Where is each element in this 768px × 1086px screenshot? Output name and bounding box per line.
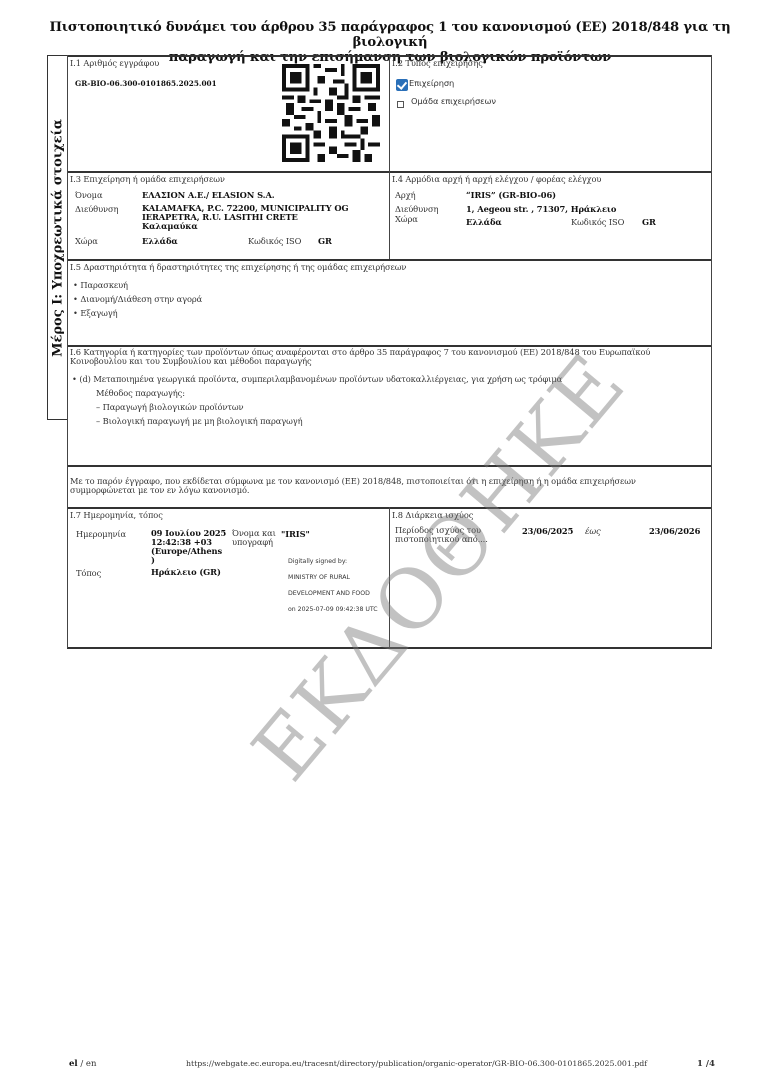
- field-label: Διεύθυνση: [75, 204, 118, 214]
- method-item: – Βιολογική παραγωγή με μη βιολογική παρ…: [96, 416, 303, 426]
- section-heading: I.4 Αρμόδια αρχή ή αρχή ελέγχου / φορέας…: [392, 174, 601, 184]
- method-item: – Παραγωγή βιολογικών προϊόντων: [96, 402, 243, 412]
- field-label: Χώρα: [75, 236, 98, 246]
- place-value: Ηράκλειο (GR): [151, 567, 221, 577]
- issue-date: 09 Ιουλίου 2025 12:42:38 +03 (Europe/Ath…: [151, 529, 226, 565]
- document-url[interactable]: https://webgate.ec.europa.eu/tracesnt/di…: [186, 1059, 647, 1068]
- border-right: [711, 55, 712, 648]
- country-value: Ελλάδα: [466, 217, 502, 227]
- section-heading: I.1 Αριθμός εγγράφου: [70, 58, 159, 68]
- section-activities: I.5 Δραστηριότητα ή δραστηριότητες της ε…: [67, 259, 711, 345]
- field-label: Αρχή: [395, 190, 415, 200]
- iso-value: GR: [642, 217, 656, 227]
- activities-list: • Παρασκευή • Διανομή/Διάθεση στην αγορά…: [73, 278, 202, 320]
- country-value: Ελλάδα: [142, 236, 178, 246]
- valid-from: 23/06/2025: [522, 526, 573, 536]
- checkbox-group[interactable]: [397, 101, 404, 108]
- valid-to: 23/06/2026: [649, 526, 700, 536]
- certification-statement: Με το παρόν έγγραφο, που εκδίδεται σύμφω…: [67, 465, 711, 507]
- product-category: • (d) Μεταποιημένα γεωργικά προϊόντα, συ…: [72, 374, 562, 384]
- field-label: Κωδικός ISO: [571, 217, 624, 227]
- sidebar-part-label: Μέρος I: Υποχρεωτικά στοιχεία: [47, 55, 67, 420]
- qr-code-icon: [282, 64, 380, 162]
- checkbox-label: Επιχείρηση: [409, 78, 454, 88]
- field-label: Όνομα: [75, 190, 102, 200]
- field-label: Ημερομηνία: [76, 529, 126, 539]
- activity-item: • Διανομή/Διάθεση στην αγορά: [73, 292, 202, 306]
- iso-value: GR: [318, 236, 332, 246]
- section-heading: I.3 Επιχείρηση ή ομάδα επιχειρήσεων: [70, 174, 225, 184]
- checkbox-label: Ομάδα επιχειρήσεων: [411, 96, 496, 106]
- lang-separator: /: [78, 1059, 86, 1069]
- section-product-categories: I.6 Κατηγορία ή κατηγορίες των προϊόντων…: [67, 345, 711, 465]
- section-heading: I.2 Τύπος επιχείρησης: [392, 58, 483, 68]
- section-operator-type: I.2 Τύπος επιχείρησης Επιχείρηση Ομάδα ε…: [389, 55, 711, 171]
- section-control-body: I.4 Αρμόδια αρχή ή αρχή ελέγχου / φορέας…: [389, 171, 711, 259]
- page-number: 1 /4: [697, 1059, 715, 1069]
- language-switcher: el / en: [69, 1059, 96, 1069]
- section-heading: I.7 Ημερομηνία, τόπος: [70, 510, 163, 520]
- document-number: GR-BIO-06.300-0101865.2025.001: [75, 79, 217, 88]
- activity-item: • Παρασκευή: [73, 278, 202, 292]
- certificate-table: I.1 Αριθμός εγγράφου GR-BIO-06.300-01018…: [67, 55, 712, 648]
- activity-item: • Εξαγωγή: [73, 306, 202, 320]
- digital-signature: Digitally signed by: MINISTRY OF RURAL D…: [288, 554, 378, 618]
- statement-text: Με το παρόν έγγραφο, που εκδίδεται σύμφω…: [70, 477, 636, 495]
- lang-el[interactable]: el: [69, 1059, 78, 1069]
- authority-address: 1, Aegeou str. , 71307, Ηράκλειο: [466, 204, 616, 214]
- field-label: Διεύθυνση: [395, 204, 438, 214]
- field-label: Τόπος: [76, 568, 101, 578]
- sidebar-text: Μέρος I: Υποχρεωτικά στοιχεία: [50, 119, 65, 357]
- section-operator: I.3 Επιχείρηση ή ομάδα επιχειρήσεων Όνομ…: [67, 171, 389, 259]
- to-label: έως: [585, 526, 601, 536]
- section-heading: I.6 Κατηγορία ή κατηγορίες των προϊόντων…: [70, 348, 650, 366]
- section-heading: I.8 Διάρκεια ισχύος: [392, 510, 473, 520]
- operator-name: ΕΛΑΣΙΟΝ Α.Ε./ ELASION S.A.: [142, 190, 275, 200]
- checkbox-operator[interactable]: [396, 79, 408, 91]
- operator-address: KALAMAFKA, P.C. 72200, MUNICIPALITY OG I…: [142, 204, 348, 231]
- field-label: Χώρα: [395, 214, 418, 224]
- method-label: Μέθοδος παραγωγής:: [96, 388, 185, 398]
- authority-value: “IRIS” (GR-BIO-06): [466, 190, 556, 200]
- signature-label: Όνομα και υπογραφή: [232, 529, 276, 547]
- lang-en[interactable]: en: [86, 1059, 97, 1069]
- section-validity: I.8 Διάρκεια ισχύος Περίοδος ισχύος του …: [389, 507, 711, 647]
- title-line-1: Πιστοποιητικό δυνάμει του άρθρου 35 παρά…: [40, 20, 740, 50]
- period-label: Περίοδος ισχύος του πιστοποιητικού από..…: [395, 526, 488, 544]
- field-label: Κωδικός ISO: [248, 236, 301, 246]
- signature-name: "IRIS": [281, 529, 310, 539]
- border-bottom: [67, 647, 712, 649]
- section-heading: I.5 Δραστηριότητα ή δραστηριότητες της ε…: [70, 262, 406, 272]
- section-document-number: I.1 Αριθμός εγγράφου GR-BIO-06.300-01018…: [67, 55, 389, 171]
- section-date-place: I.7 Ημερομηνία, τόπος Ημερομηνία 09 Ιουλ…: [67, 507, 389, 647]
- address-line: Καλαμαύκα: [142, 222, 348, 231]
